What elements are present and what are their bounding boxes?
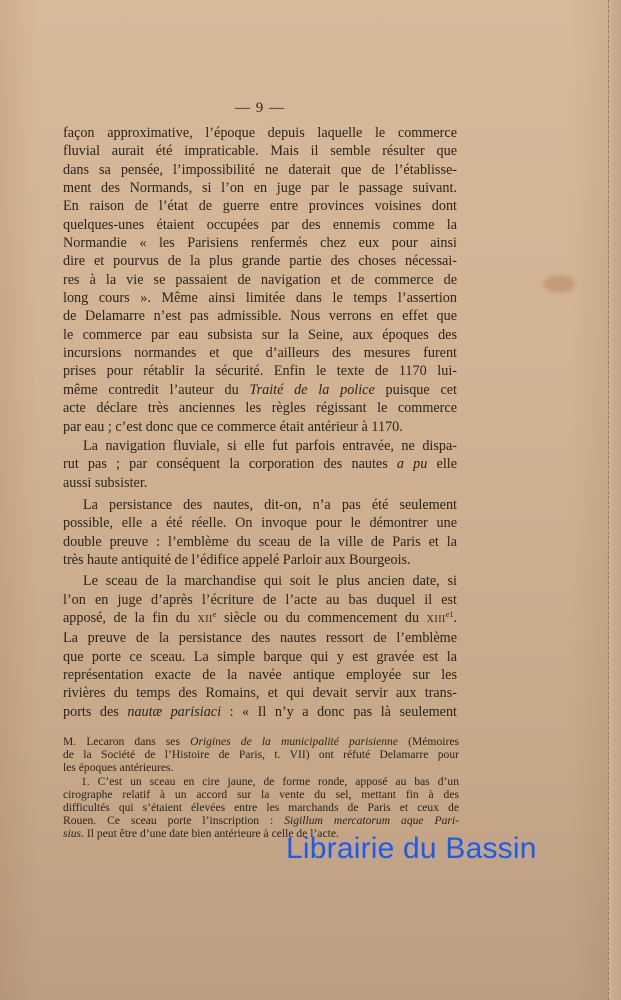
text-line: apposé, de la fin du XIIe siècle ou du c… [63, 609, 457, 629]
page-right-edge [608, 0, 621, 1000]
paragraph-1: façon approximative, l’époque depuis laq… [63, 124, 457, 436]
book-title-italic: Origines de la municipalité parisienne [190, 735, 398, 748]
footnotes: M. Lecaron dans ses Origines de la munic… [63, 735, 459, 841]
text-line: La persistance des nautes, dit-on, n’a p… [63, 496, 457, 514]
footnote-1-line: 1. C’est un sceau en cire jaune, de form… [63, 775, 459, 788]
footnote-1-line: difficultés qui s’étaient élevées entre … [63, 801, 459, 814]
book-title-italic: Traité de la police [249, 382, 374, 398]
text-line: le commerce par eau subsista sur la Sein… [63, 326, 457, 344]
latin-phrase-italic: nautæ parisiaci [127, 704, 221, 720]
text-line: façon approximative, l’époque depuis laq… [63, 124, 457, 142]
text-line: représentation exacte de la navée antiqu… [63, 666, 457, 684]
text-line: Normandie « les Parisiens renfermés chez… [63, 234, 457, 252]
text-fragment: rut pas ; par conséquent la corporation … [63, 456, 397, 472]
text-fragment: apposé, de la fin du [63, 610, 197, 626]
body-text: façon approximative, l’époque depuis laq… [63, 124, 457, 721]
text-line: rut pas ; par conséquent la corporation … [63, 455, 457, 473]
text-fragment: (Mémoires [398, 735, 459, 748]
text-fragment: Rouen. Ce sceau porte l’inscription : [63, 814, 284, 827]
roman-numeral: XII [197, 614, 212, 625]
text-line: fluvial aurait été impraticable. Mais il… [63, 142, 457, 160]
text-line: l’on en juge d’après l’écriture de l’act… [63, 591, 457, 609]
text-fragment: même contredit l’auteur du [63, 382, 249, 398]
text-fragment: elle [427, 456, 457, 472]
text-line: ment des Normands, si l’on en juge par l… [63, 179, 457, 197]
text-line: Le sceau de la marchandise qui soit le p… [63, 572, 457, 590]
footnote-line: M. Lecaron dans ses Origines de la munic… [63, 735, 459, 748]
text-line: possible, elle a été réelle. On invoque … [63, 514, 457, 532]
text-fragment: . [453, 610, 457, 626]
latin-inscription-italic: Sigillum mercatorum aque Pari- [284, 814, 459, 827]
latin-inscription-italic: sius [63, 827, 81, 840]
text-line: quelques-unes étaient occupées par des e… [63, 216, 457, 234]
text-line: que porte ce sceau. La simple barque qui… [63, 648, 457, 666]
text-line: ports des nautæ parisiaci : « Il n’y a d… [63, 703, 457, 721]
text-line: acte déclare très anciennes les règles r… [63, 399, 457, 417]
text-line: incursions normandes et que d’ailleurs d… [63, 344, 457, 362]
text-line: très haute antiquité de l’édifice appelé… [63, 551, 457, 569]
text-fragment: puisque cet [375, 382, 457, 398]
text-line: double preuve : l’emblème du sceau de la… [63, 533, 457, 551]
text-line: En raison de l’état de guerre entre prov… [63, 197, 457, 215]
watermark-text: Librairie du Bassin [286, 832, 537, 866]
paragraph-3: La persistance des nautes, dit-on, n’a p… [63, 496, 457, 569]
text-fragment: : « Il n’y a donc pas là seulement [221, 704, 457, 720]
text-line: aussi subsister. [63, 474, 457, 492]
text-line: prises pour rétablir la sécurité. Enfin … [63, 362, 457, 380]
footnote-1-line: Rouen. Ce sceau porte l’inscription : Si… [63, 814, 459, 827]
text-line: long cours ». Même ainsi limitée dans le… [63, 289, 457, 307]
text-fragment: M. Lecaron dans ses [63, 735, 190, 748]
text-line: dans sa pensée, l’impossibilité ne dater… [63, 161, 457, 179]
page-number: — 9 — [0, 100, 520, 117]
text-line: même contredit l’auteur du Traité de la … [63, 381, 457, 399]
roman-numeral: XIII [427, 614, 446, 625]
text-line: dire et pourvus de la plus grande partie… [63, 252, 457, 270]
text-fragment: siècle ou du commencement du [216, 610, 426, 626]
paragraph-2: La navigation fluviale, si elle fut parf… [63, 437, 457, 492]
italic-phrase: a pu [397, 456, 427, 472]
footnote-line: les époques antérieures. [63, 761, 459, 774]
footnote-1-line: cirographe relatif à un accord sur la ve… [63, 788, 459, 801]
text-line: La navigation fluviale, si elle fut parf… [63, 437, 457, 455]
text-line: de Delamarre n’est pas admissible. Nous … [63, 307, 457, 325]
text-line: La preuve de la persistance des nautes r… [63, 629, 457, 647]
footnote-line: de la Société de l’Histoire de Paris, t.… [63, 748, 459, 761]
text-fragment: ports des [63, 704, 127, 720]
text-line: rivières du temps des Romains, et qui de… [63, 684, 457, 702]
text-line: par eau ; c’est donc que ce commerce éta… [63, 418, 457, 436]
text-line: res à la vie se passaient de navigation … [63, 271, 457, 289]
paragraph-4: Le sceau de la marchandise qui soit le p… [63, 572, 457, 721]
paper-stain [543, 275, 575, 293]
